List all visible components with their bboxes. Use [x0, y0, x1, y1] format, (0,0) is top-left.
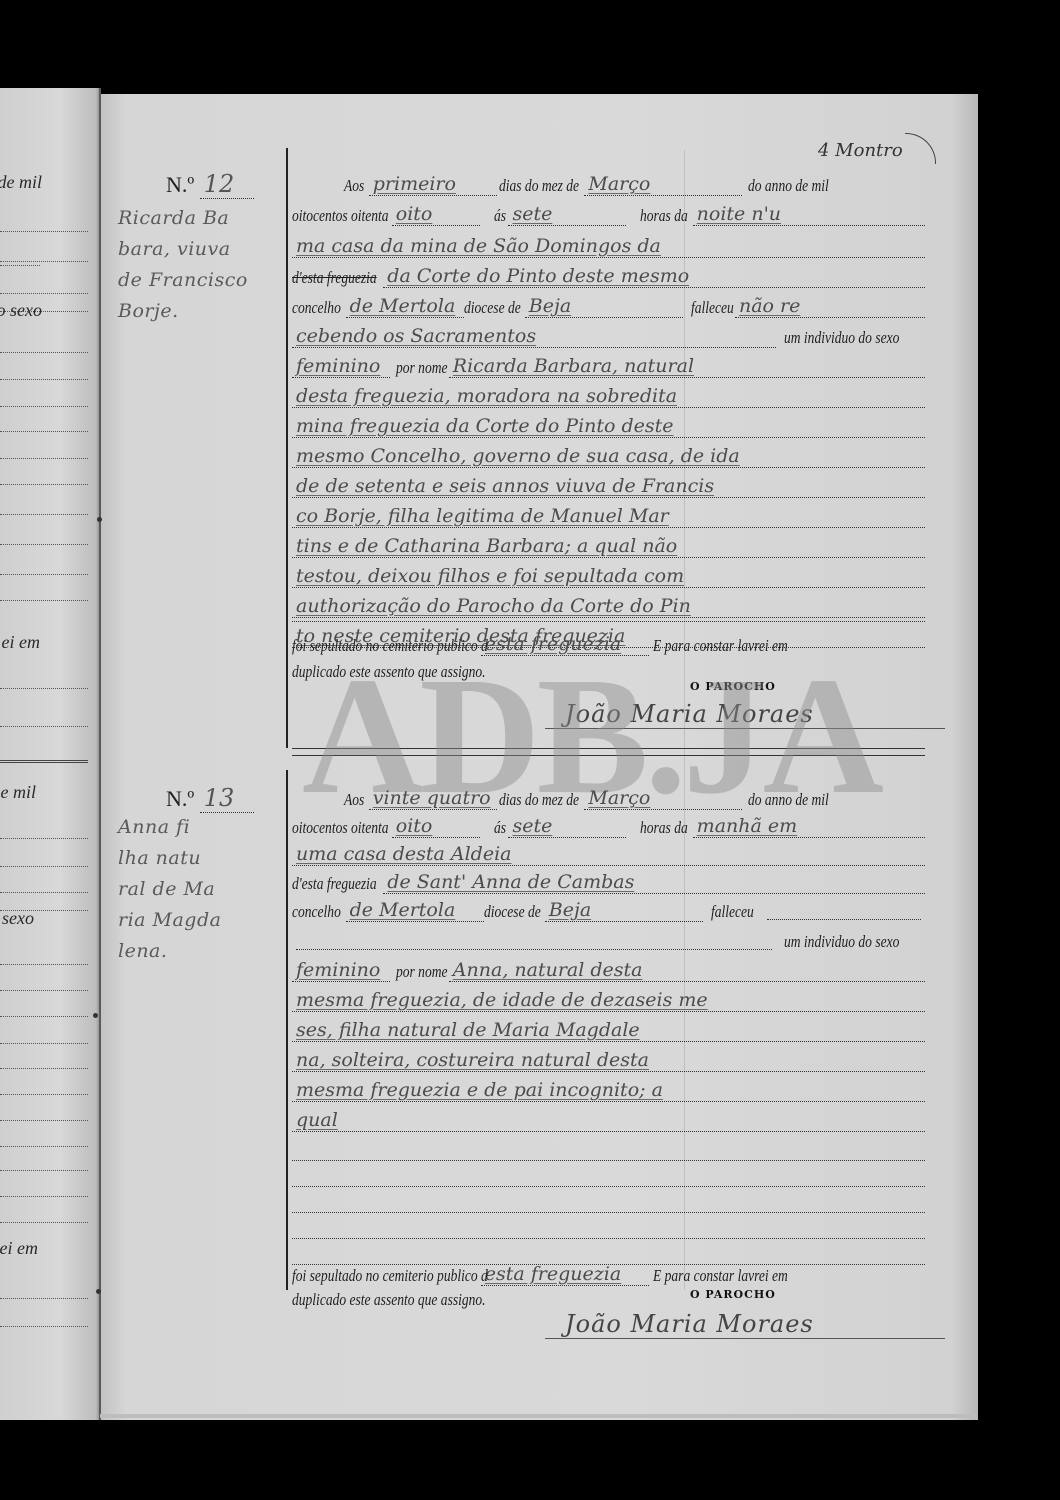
handwritten-body: de de setenta e seis annos viuva de Fran… — [292, 475, 925, 498]
top-annotation: 4 Montro — [818, 140, 903, 161]
entry-line-parish: d'esta freguezia da Corte do Pinto deste… — [292, 258, 925, 288]
entry-body-line: mesma freguezia e de pai incognito; a — [292, 1072, 925, 1102]
entry-line-time: oitocentos oitenta oito ás sete horas da… — [292, 196, 925, 226]
handwritten-sex: feminino — [292, 959, 390, 982]
printed-text: um individuo do sexo — [784, 328, 899, 348]
number-label: N.º — [166, 786, 194, 811]
entry-line-duplicado: duplicado este assento que assigno. — [292, 656, 925, 682]
entry-line-sex: um individuo do sexo — [292, 922, 925, 952]
left-handwriting-line — [0, 526, 88, 545]
entry-body-line: mina freguezia da Corte do Pinto deste — [292, 408, 925, 438]
margin-name-line: de Francisco — [118, 265, 283, 296]
margin-name-line: Anna fi — [118, 812, 283, 843]
binding-thread-mark — [93, 1013, 98, 1018]
entry-line-burial: foi sepultado no cemiterio publico d est… — [292, 630, 925, 656]
left-handwriting-line — [0, 275, 88, 294]
handwritten-body: mesma freguezia, de idade de dezaseis me — [292, 989, 925, 1012]
left-handwriting-line — [0, 440, 88, 459]
entry-line-time: oitocentos oitenta oito ás sete horas da… — [292, 808, 925, 838]
handwritten-month: Março — [584, 787, 742, 810]
handwritten-day: primeiro — [369, 173, 497, 196]
margin-name-line: bara, viuva — [118, 234, 283, 265]
handwritten-day: vinte quatro — [369, 787, 497, 810]
handwritten-concelho: de Mertola — [346, 295, 464, 318]
printed-text: ás — [494, 206, 506, 226]
entry-body-line: mesma freguezia, de idade de dezaseis me — [292, 982, 925, 1012]
printed-text: por nome — [396, 962, 447, 982]
left-handwriting-line — [0, 247, 40, 266]
handwritten-name: Ricarda Barbara, natural — [449, 355, 925, 378]
handwritten-body: co Borje, filha legitima de Manuel Mar — [292, 505, 925, 528]
parocho-label: O PAROCHO — [690, 680, 776, 693]
entry-number-value: 13 — [200, 784, 254, 813]
handwritten-parish: da Corte do Pinto deste mesmo — [383, 265, 925, 288]
printed-text: d'esta freguezia — [292, 874, 377, 894]
entry-body-line: tins e de Catharina Barbara; a qual não — [292, 528, 925, 558]
handwritten-concelho: de Mertola — [346, 899, 484, 922]
margin-deceased-name: Ricarda Ba bara, viuva de Francisco Borj… — [118, 203, 283, 327]
printed-text: foi sepultado no cemiterio publico d — [292, 1266, 488, 1286]
left-handwriting-line — [0, 1280, 88, 1299]
entry-body-line: testou, deixou filhos e foi sepultada co… — [292, 558, 925, 588]
entry-body-line: ses, filha natural de Maria Magdale — [292, 1012, 925, 1042]
handwritten-body: mesma freguezia e de pai incognito; a — [292, 1079, 925, 1102]
printed-text: oitocentos oitenta — [292, 206, 389, 226]
entry-line-name: feminino por nome Anna, natural desta — [292, 952, 925, 982]
printed-text: falleceu — [691, 298, 734, 318]
left-handwriting-line — [0, 1050, 88, 1069]
left-handwriting-line — [0, 1102, 88, 1121]
left-handwriting-line — [0, 361, 88, 380]
printed-text: E para constar lavrei em — [653, 636, 788, 656]
blank-rule — [292, 1160, 925, 1161]
margin-deceased-name: Anna fi lha natu ral de Ma ria Magda len… — [118, 812, 283, 967]
book-spine — [99, 88, 101, 1420]
left-handwriting-line — [0, 708, 88, 727]
left-handwriting-line — [0, 670, 88, 689]
blank-fill — [296, 949, 772, 950]
handwritten-body: desta freguezia, moradora na sobredita — [292, 385, 925, 408]
handwritten-body: na, solteira, costureira natural desta — [292, 1049, 925, 1072]
margin-rule — [286, 148, 288, 748]
entry-body-line: authorização do Parocho da Corte do Pin — [292, 588, 925, 618]
number-label: N.º — [166, 172, 194, 197]
entry-line-date: Aos primeiro dias do mez de Março do ann… — [292, 166, 925, 196]
left-fragment: o sexo — [0, 300, 42, 321]
left-handwriting-line — [0, 874, 88, 893]
left-handwriting-line — [0, 1076, 88, 1095]
left-handwriting-line — [0, 1152, 88, 1171]
handwritten-text: não re — [735, 295, 925, 318]
left-handwriting-line — [0, 820, 88, 839]
printed-text: E para constar lavrei em — [653, 1266, 788, 1286]
entry-line-burial: foi sepultado no cemiterio publico d est… — [292, 1260, 925, 1286]
handwritten-burial-place: esta freguezia — [481, 1263, 649, 1286]
printed-text: diocese de — [484, 902, 541, 922]
handwritten-period: manhã em — [693, 815, 925, 838]
blank-rule — [292, 621, 925, 622]
entry-line-sex: cebendo os Sacramentos um individuo do s… — [292, 318, 925, 348]
handwritten-place: uma casa desta Aldeia — [292, 843, 925, 866]
handwritten-body: testou, deixou filhos e foi sepultada co… — [292, 565, 925, 588]
margin-name-line: lena. — [118, 936, 283, 967]
left-handwriting-line — [0, 1178, 88, 1197]
printed-text: Aos — [344, 790, 364, 810]
left-fragment: o sexo — [0, 908, 34, 929]
handwritten-name: Anna, natural desta — [449, 959, 925, 982]
printed-text: ás — [494, 818, 506, 838]
margin-name-line: Borje. — [118, 296, 283, 327]
left-handwriting-line — [0, 496, 88, 515]
entry-line-concelho: concelho de Mertola diocese de Beja fall… — [292, 288, 925, 318]
signature: João Maria Moraes — [545, 1310, 945, 1339]
blank-rule — [292, 1238, 925, 1239]
entry-body-line: de de setenta e seis annos viuva de Fran… — [292, 468, 925, 498]
entry-line-duplicado: duplicado este assento que assigno. — [292, 1284, 925, 1310]
printed-text: duplicado este assento que assigno. — [292, 1290, 486, 1310]
entry-line-place: uma casa desta Aldeia — [292, 836, 925, 866]
left-handwriting-line — [0, 972, 88, 991]
printed-text: horas da — [640, 206, 688, 226]
handwritten-month: Março — [584, 173, 742, 196]
entry-body-line: desta freguezia, moradora na sobredita — [292, 378, 925, 408]
printed-text: horas da — [640, 818, 688, 838]
margin-name-line: ria Magda — [118, 905, 283, 936]
entry-number-value: 12 — [200, 170, 254, 199]
margin-name-line: Ricarda Ba — [118, 203, 283, 234]
left-handwriting-line — [0, 998, 88, 1017]
printed-text: oitocentos oitenta — [292, 818, 389, 838]
handwritten-parish: de Sant' Anna de Cambas — [383, 871, 925, 894]
printed-text: concelho — [292, 902, 341, 922]
margin-rule — [286, 770, 288, 1290]
left-handwriting-line — [0, 1128, 88, 1147]
left-double-rule — [0, 742, 88, 763]
margin-name-line: lha natu — [118, 843, 283, 874]
left-handwriting-line — [0, 213, 88, 232]
left-handwriting-line — [0, 388, 88, 407]
entry-body-line: qual — [292, 1102, 925, 1132]
margin-name-line: ral de Ma — [118, 874, 283, 905]
handwritten-diocese: Beja — [545, 899, 703, 922]
entry-body-line: na, solteira, costureira natural desta — [292, 1042, 925, 1072]
entry-body-line: mesmo Concelho, governo de sua casa, de … — [292, 438, 925, 468]
handwritten-diocese: Beja — [525, 295, 683, 318]
handwritten-body: mina freguezia da Corte do Pinto deste — [292, 415, 925, 438]
handwritten-hour: sete — [508, 815, 626, 838]
handwritten-period: noite n'u — [693, 203, 925, 226]
binding-thread-mark — [96, 1289, 101, 1294]
left-handwriting-line — [0, 1025, 88, 1044]
printed-text: foi sepultado no cemiterio publico d — [292, 636, 488, 656]
left-fragment: e mil — [1, 782, 37, 803]
entry-body-line: co Borje, filha legitima de Manuel Mar — [292, 498, 925, 528]
left-handwriting-line — [0, 946, 88, 965]
printed-text: do anno de mil — [748, 176, 829, 196]
left-fragment: de mil — [0, 172, 42, 193]
handwritten-text: cebendo os Sacramentos — [292, 325, 776, 348]
parocho-label: O PAROCHO — [690, 1288, 776, 1301]
blank-fill — [767, 919, 921, 920]
printed-text: duplicado este assento que assigno. — [292, 662, 486, 682]
printed-text: falleceu — [711, 902, 754, 922]
handwritten-body: tins e de Catharina Barbara; a qual não — [292, 535, 925, 558]
handwritten-body: authorização do Parocho da Corte do Pin — [292, 595, 925, 618]
binding-thread-mark — [97, 517, 102, 522]
left-handwriting-line — [0, 556, 88, 575]
background-right — [978, 94, 1060, 1420]
handwritten-hour: sete — [508, 203, 626, 226]
left-handwriting-line — [0, 413, 88, 432]
entry-line-place: ma casa da mina de São Domingos da — [292, 228, 925, 258]
printed-text: d'esta freguezia — [292, 268, 377, 288]
left-fragment: ei em — [0, 1238, 38, 1259]
left-handwriting-line — [0, 466, 88, 485]
entry-separator — [292, 748, 925, 756]
entry-number: N.º 13 — [166, 784, 254, 813]
blank-rule — [292, 1186, 925, 1187]
entry-number: N.º 12 — [166, 170, 254, 199]
blank-rule — [292, 1212, 925, 1213]
handwritten-body: qual — [292, 1109, 925, 1132]
printed-text: concelho — [292, 298, 341, 318]
handwritten-body: ses, filha natural de Maria Magdale — [292, 1019, 925, 1042]
left-handwriting-line — [0, 848, 88, 867]
page-bottom-edge — [100, 1414, 976, 1418]
printed-text: Aos — [344, 176, 364, 196]
entry-line-parish: d'esta freguezia de Sant' Anna de Cambas — [292, 864, 925, 894]
left-handwriting-line — [0, 582, 88, 601]
left-handwriting-line — [0, 1204, 88, 1223]
printed-text: dias do mez de — [499, 790, 579, 810]
printed-text: dias do mez de — [499, 176, 579, 196]
signature: João Maria Moraes — [545, 700, 945, 729]
printed-text: do anno de mil — [748, 790, 829, 810]
entry-line-name: feminino por nome Ricarda Barbara, natur… — [292, 348, 925, 378]
handwritten-sex: feminino — [292, 355, 390, 378]
left-handwriting-line — [0, 1308, 88, 1327]
printed-text: um individuo do sexo — [784, 932, 899, 952]
entry-line-date: Aos vinte quatro dias do mez de Março do… — [292, 780, 925, 810]
printed-text: diocese de — [464, 298, 521, 318]
printed-text: por nome — [396, 358, 447, 378]
entry-line-concelho: concelho de Mertola diocese de Beja fall… — [292, 892, 925, 922]
handwritten-place: ma casa da mina de São Domingos da — [292, 235, 925, 258]
left-fragment: ei em — [2, 632, 40, 653]
handwritten-year: oito — [392, 203, 480, 226]
handwritten-year: oito — [392, 815, 480, 838]
handwritten-burial-place: esta freguezia — [481, 633, 649, 656]
left-handwriting-line — [0, 334, 88, 353]
handwritten-body: mesmo Concelho, governo de sua casa, de … — [292, 445, 925, 468]
